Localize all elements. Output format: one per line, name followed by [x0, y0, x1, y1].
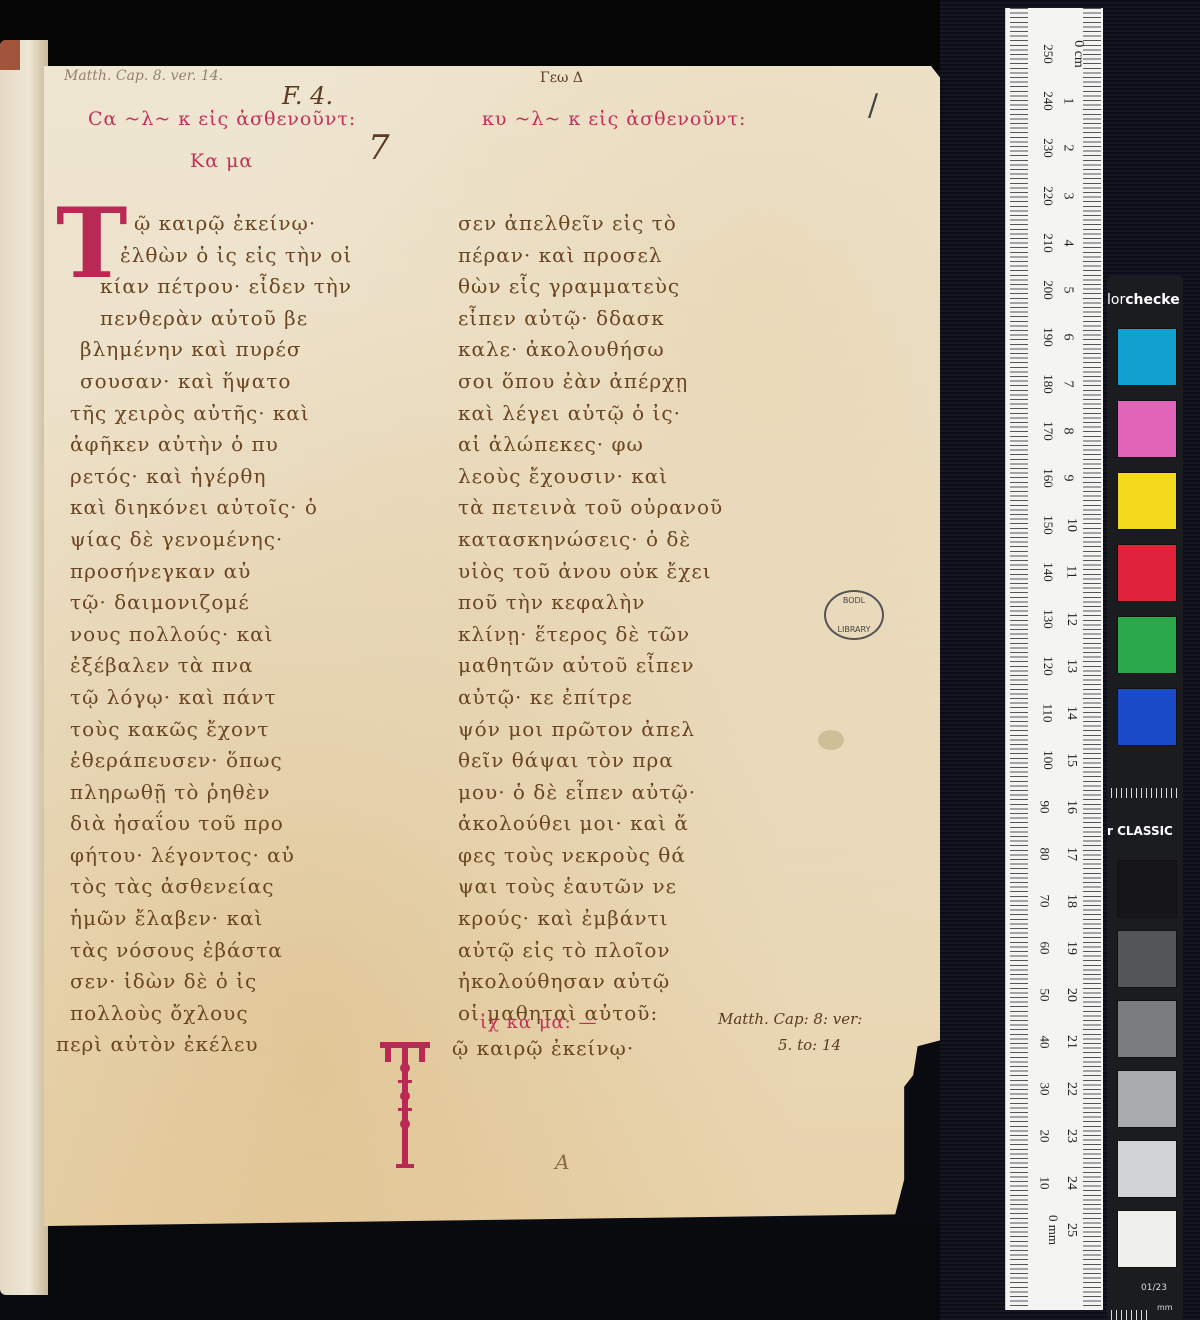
- text-line: αὐτῷ· κε ἐπίτρε: [458, 682, 723, 714]
- ruler-mm-label: 30: [1037, 1083, 1053, 1096]
- ruler-cm-label: 2: [1060, 145, 1076, 152]
- text-line: νους πολλούς· καὶ: [70, 619, 352, 651]
- ruler-cm-label: 6: [1060, 334, 1076, 341]
- right-top-note: Γεω Δ: [540, 70, 583, 86]
- ruler-mm-label: 40: [1037, 1036, 1053, 1049]
- ruler-mm-label: 200: [1040, 280, 1056, 300]
- text-line: καὶ διηκόνει αὐτοῖς· ὁ: [70, 492, 352, 524]
- text-line: βλημένην καὶ πυρέσ: [70, 334, 352, 366]
- text-line: σεν ἀπελθεῖν εἰς τὸ: [458, 208, 723, 240]
- right-rubric-title: κυ ~λ~ κ εἰς ἀσθενοῦντ:: [482, 108, 746, 130]
- ruler-cm-label: 19: [1063, 941, 1079, 955]
- top-backdrop: [0, 0, 1000, 70]
- patch-green: [1117, 616, 1177, 674]
- text-line: κατασκηνώσεις· ὁ δὲ: [458, 524, 723, 556]
- text-line: λεοὺς ἔχουσιν· καὶ: [458, 461, 723, 493]
- text-line: αὐτῷ εἰς τὸ πλοῖον: [458, 935, 723, 967]
- ruler-mm-label: 70: [1037, 895, 1053, 908]
- ruler-mm-label: 130: [1040, 609, 1056, 629]
- ink-stain: [818, 730, 844, 750]
- text-line: φήτου· λέγοντος· αὐ: [70, 840, 352, 872]
- text-line: μαθητῶν αὐτοῦ εἶπεν: [458, 650, 723, 682]
- ruler-mm-label: 240: [1040, 91, 1056, 111]
- ruler-mm-label: 60: [1037, 942, 1053, 955]
- text-line: ἀκολούθει μοι· καὶ ἄ: [458, 808, 723, 840]
- ruler-mm-label: 90: [1037, 801, 1053, 814]
- ruler-cm-label: 17: [1063, 847, 1079, 861]
- text-line: ψόν μοι πρῶτον ἀπελ: [458, 714, 723, 746]
- text-line: τὰς νόσους ἐβάστα: [70, 935, 352, 967]
- ruler-cm-label: 0 cm: [1070, 40, 1086, 68]
- ruler-mm-label: 180: [1040, 374, 1056, 394]
- text-line: κρούς· καὶ ἐμβάντι: [458, 903, 723, 935]
- color-checker-card: lorchecke r CLASSIC 01/23 mm: [1107, 276, 1183, 1320]
- ruler-cm-label: 9: [1060, 475, 1076, 482]
- text-line-final: ῷ καιρῷ ἐκείνῳ·: [452, 1036, 634, 1060]
- brand-bold: checke: [1125, 292, 1180, 308]
- patch-yellow: [1117, 472, 1177, 530]
- text-line: σοι ὅπου ἐὰν ἀπέρχῃ: [458, 366, 723, 398]
- ruler-cm-label: 13: [1063, 659, 1079, 673]
- measurement-ruler: 250 240 230 220 210 200 190 180 170 160 …: [1005, 8, 1103, 1310]
- ruler-mm-label: 190: [1040, 327, 1056, 347]
- patch-red: [1117, 544, 1177, 602]
- right-text-column: σεν ἀπελθεῖν εἰς τὸ πέραν· καὶ προσελ θὼ…: [458, 208, 723, 1029]
- text-line: υἱὸς τοῦ ἀνου οὐκ ἔχει: [458, 556, 723, 588]
- ruler-mm-label: 110: [1040, 703, 1056, 722]
- checker-brand-label: lorchecke: [1107, 292, 1183, 308]
- text-line: ποῦ τὴν κεφαλὴν: [458, 587, 723, 619]
- facing-page-edge: [0, 40, 48, 1295]
- ruler-cm-label: 22: [1063, 1082, 1079, 1096]
- text-line: πολλοὺς ὄχλους: [70, 998, 352, 1030]
- text-line: πενθερὰν αὐτοῦ βε: [70, 303, 352, 335]
- ruler-cm-label: 25: [1063, 1223, 1079, 1237]
- brand-prefix: lor: [1107, 292, 1125, 308]
- ruler-cm-label: 18: [1063, 894, 1079, 908]
- text-line: πέραν· καὶ προσελ: [458, 240, 723, 272]
- ruler-ticks-left: [1010, 8, 1028, 1310]
- text-line: καὶ λέγει αὐτῷ ὁ ἰς·: [458, 398, 723, 430]
- bottom-backdrop: [40, 1225, 940, 1320]
- patch-mid-gray: [1117, 1000, 1177, 1058]
- ruler-mm-label: 250: [1040, 44, 1056, 64]
- text-line: ἡμῶν ἔλαβεν· καὶ: [70, 903, 352, 935]
- text-line: ψαι τοὺς ἑαυτῶν νε: [458, 871, 723, 903]
- ruler-mm-label: 150: [1040, 515, 1056, 535]
- text-line: κίαν πέτρου· εἶδεν τὴν: [70, 271, 352, 303]
- top-reference-note: Matth. Cap. 8. ver. 14.: [64, 68, 223, 84]
- ruler-cm-label: 5: [1060, 287, 1076, 294]
- ruler-mm-label: 160: [1040, 468, 1056, 488]
- ruler-mm-label: 20: [1037, 1130, 1053, 1143]
- checker-code: 01/23: [1141, 1283, 1167, 1293]
- text-line: ψίας δὲ γενομένης·: [70, 524, 352, 556]
- left-rubric-title: Cα ~λ~ κ εἰς ἀσθενοῦντ:: [88, 108, 356, 130]
- checker-scale-ticks: [1111, 788, 1177, 798]
- ruler-cm-label: 16: [1063, 800, 1079, 814]
- ruler-cm-label: 12: [1063, 612, 1079, 626]
- right-end-rubric: ἰχ κα μα: —: [480, 1012, 597, 1033]
- quire-signature: A: [555, 1150, 569, 1174]
- text-line: ἠκολούθησαν αὐτῷ: [458, 966, 723, 998]
- text-line: ἐλθὼν ὁ ἰς εἰς τὴν οἰ: [70, 240, 352, 272]
- checker-unit: mm: [1157, 1303, 1173, 1312]
- ruler-mm-label: 170: [1040, 421, 1056, 441]
- margin-note-line1: Matth. Cap: 8: ver:: [718, 1010, 862, 1028]
- text-line: σουσαν· καὶ ἥψατο: [70, 366, 352, 398]
- text-line: καλε· ἀκολουθήσω: [458, 334, 723, 366]
- ruler-cm-label: 23: [1063, 1129, 1079, 1143]
- stamp-bottom-text: LIBRARY: [838, 625, 871, 634]
- left-rubric-subtitle: Κα μα: [190, 150, 253, 172]
- ruler-cm-label: 20: [1063, 988, 1079, 1002]
- folio-mark-secondary: 7: [368, 128, 390, 168]
- text-line: περὶ αὐτὸν ἐκέλευ: [56, 1029, 352, 1061]
- text-line: ἐξέβαλεν τὰ πνα: [70, 650, 352, 682]
- corner-mark: /: [868, 88, 878, 123]
- checker-bottom-ticks: [1111, 1310, 1151, 1320]
- ruler-mm-label: 210: [1040, 233, 1056, 253]
- folio-number: F. 4.: [282, 82, 333, 110]
- text-line: τὰ πετεινὰ τοῦ οὐρανοῦ: [458, 492, 723, 524]
- text-line: θὼν εἷς γραμματεὺς: [458, 271, 723, 303]
- ruler-cm-label: 8: [1060, 428, 1076, 435]
- ruler-ticks-right: [1083, 8, 1101, 1310]
- patch-cyan: [1117, 328, 1177, 386]
- ruler-mm-label: 140: [1040, 562, 1056, 582]
- ruler-mm-label: 230: [1040, 138, 1056, 158]
- patch-dark-gray: [1117, 930, 1177, 988]
- text-line: διὰ ἠσαΐου τοῦ προ: [70, 808, 352, 840]
- text-line: ῷ καιρῷ ἐκείνῳ·: [70, 208, 352, 240]
- text-line: σεν· ἰδὼν δὲ ὁ ἰς: [70, 966, 352, 998]
- ruler-mm-label: 10: [1037, 1177, 1053, 1190]
- ruler-mm-label: 0 mm: [1045, 1215, 1061, 1245]
- patch-blue: [1117, 688, 1177, 746]
- ruler-cm-label: 10: [1063, 518, 1079, 532]
- checker-classic-label: r CLASSIC: [1107, 824, 1183, 838]
- ruler-cm-label: 15: [1063, 753, 1079, 767]
- text-line: θεῖν θάψαι τὸν πρα: [458, 745, 723, 777]
- ruler-cm-label: 1: [1060, 98, 1076, 105]
- ruler-mm-label: 220: [1040, 186, 1056, 206]
- patch-magenta: [1117, 400, 1177, 458]
- text-line: αἱ ἀλώπεκες· φω: [458, 429, 723, 461]
- text-line: ἐθεράπευσεν· ὅπως: [70, 745, 352, 777]
- patch-light-gray: [1117, 1070, 1177, 1128]
- ruler-mm-label: 80: [1037, 848, 1053, 861]
- patch-black: [1117, 860, 1177, 918]
- text-line: εἶπεν αὐτῷ· δδασκ: [458, 303, 723, 335]
- ruler-mm-label: 120: [1040, 656, 1056, 676]
- margin-note-line2: 5. to: 14: [778, 1036, 841, 1054]
- ruler-mm-label: 50: [1037, 989, 1053, 1002]
- text-line: φες τοὺς νεκροὺς θά: [458, 840, 723, 872]
- text-line: τῷ λόγῳ· καὶ πάντ: [70, 682, 352, 714]
- text-line: ρετός· καὶ ἠγέρθη: [70, 461, 352, 493]
- text-line: μου· ὁ δὲ εἶπεν αὐτῷ·: [458, 777, 723, 809]
- left-text-column: ῷ καιρῷ ἐκείνῳ· ἐλθὼν ὁ ἰς εἰς τὴν οἰ κί…: [70, 208, 352, 1061]
- ruler-cm-label: 24: [1063, 1176, 1079, 1190]
- patch-lighter-gray: [1117, 1140, 1177, 1198]
- stamp-top-text: BODL: [843, 596, 865, 605]
- ruler-cm-label: 11: [1063, 565, 1079, 578]
- binding-edge: [0, 40, 20, 70]
- ruler-cm-label: 14: [1063, 706, 1079, 720]
- decorated-initial-tau-lower: [380, 1040, 430, 1170]
- patch-white: [1117, 1210, 1177, 1268]
- library-stamp: BODL LIBRARY: [824, 590, 884, 640]
- text-line: ἀφῆκεν αὐτὴν ὁ πυ: [70, 429, 352, 461]
- text-line: τῆς χειρὸς αὐτῆς· καὶ: [70, 398, 352, 430]
- ruler-mm-label: 100: [1040, 750, 1056, 770]
- ruler-cm-label: 21: [1063, 1035, 1079, 1049]
- ruler-cm-label: 7: [1060, 381, 1076, 388]
- ruler-cm-label: 3: [1060, 193, 1076, 200]
- ruler-cm-label: 4: [1060, 240, 1076, 247]
- text-line: πληρωθῇ τὸ ῥηθὲν: [70, 777, 352, 809]
- text-line: κλίνῃ· ἕτερος δὲ τῶν: [458, 619, 723, 651]
- text-line: προσήνεγκαν αὐ: [70, 556, 352, 588]
- text-line: τῷ· δαιμονιζομέ: [70, 587, 352, 619]
- text-line: τοὺς κακῶς ἔχοντ: [70, 714, 352, 746]
- text-line: τὸς τὰς ἀσθενείας: [70, 871, 352, 903]
